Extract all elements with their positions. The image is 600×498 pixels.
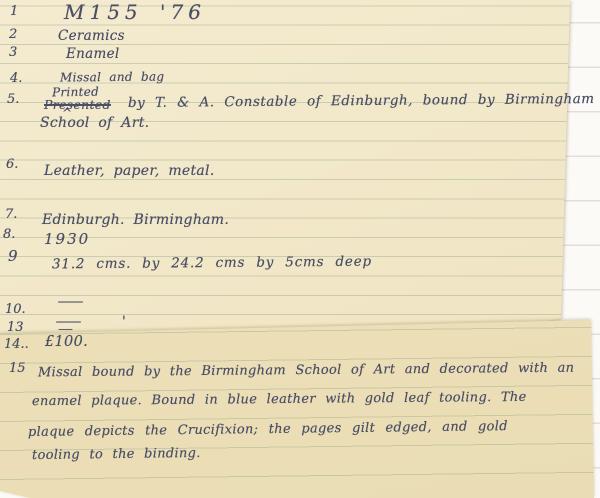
entry-7-places: Edinburgh. Birmingham.	[42, 212, 229, 228]
entry-4-object-name: Missal and bag	[60, 70, 164, 85]
entry-10-blank-dash: —	[57, 294, 85, 310]
entry-7-number: 7.	[5, 207, 17, 222]
entry-14-valuation: £100.	[45, 334, 88, 350]
entry-2-number: 2	[9, 27, 17, 42]
entry-1-number: 1	[10, 4, 18, 19]
entry-2-category: Ceramics	[58, 28, 125, 44]
entry-5-maker-line2: School of Art.	[40, 115, 149, 131]
entry-3-material: Enamel	[66, 46, 120, 62]
entry-14-number: 14..	[4, 337, 29, 352]
entry-9-number: 9	[8, 247, 18, 265]
entry-6-number: 6.	[6, 157, 18, 172]
entry-9-dimensions: 31.2 cms. by 24.2 cms by 5cms deep	[52, 254, 372, 273]
entry-8-date: 1930	[44, 230, 90, 248]
entry-3-number: 3	[9, 45, 17, 60]
entry-15-description-line4: tooling to the binding.	[32, 446, 201, 463]
entry-1-accession-number: M155 '76	[64, 0, 206, 24]
entry-5-struck-word: Presented	[44, 97, 111, 112]
entry-15-number: 15	[9, 361, 26, 376]
scanned-card-image: 1 2 3 4. 5. 6. 7. 8. 9 10. 13 14.. 15 M1…	[0, 0, 600, 498]
entry-8-number: 8.	[3, 227, 15, 242]
entry-4-number: 4.	[10, 71, 22, 86]
entry-10-number: 10.	[5, 302, 26, 317]
entry-5-number: 5.	[7, 92, 19, 107]
entry-6-materials: Leather, paper, metal.	[44, 163, 215, 179]
entry-13-number: 13	[7, 320, 24, 335]
entry-13-stray-tick: '	[122, 314, 126, 330]
